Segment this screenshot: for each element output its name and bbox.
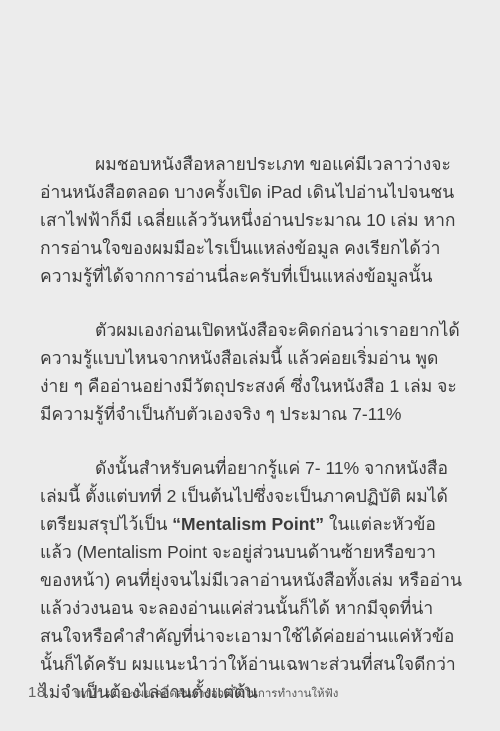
page-footer: 18 บทนำ ผมจะเผยเคล็ดลับการอ่านใจในการทำง…: [28, 684, 338, 703]
mentalism-point-highlight: “Mentalism Point”: [172, 514, 324, 534]
body-text: ผมชอบหนังสือหลายประเภท ขอแค่มีเวลาว่างจะ…: [40, 150, 464, 731]
page-number: 18: [28, 684, 46, 701]
paragraph-1: ผมชอบหนังสือหลายประเภท ขอแค่มีเวลาว่างจะ…: [40, 150, 464, 290]
chapter-running-title: บทนำ ผมจะเผยเคล็ดลับการอ่านใจในการทำงานใ…: [74, 685, 339, 703]
paragraph-2: ตัวผมเองก่อนเปิดหนังสือจะคิดก่อนว่าเราอย…: [40, 316, 464, 428]
paragraph-3: ดังนั้นสำหรับคนที่อยากรู้แค่ 7- 11% จากห…: [40, 454, 464, 706]
paragraph-3-segment-3: ในแต่ละหัวข้อแล้ว (Mentalism Point จะอยู…: [40, 514, 462, 702]
book-page: ผมชอบหนังสือหลายประเภท ขอแค่มีเวลาว่างจะ…: [0, 0, 500, 731]
